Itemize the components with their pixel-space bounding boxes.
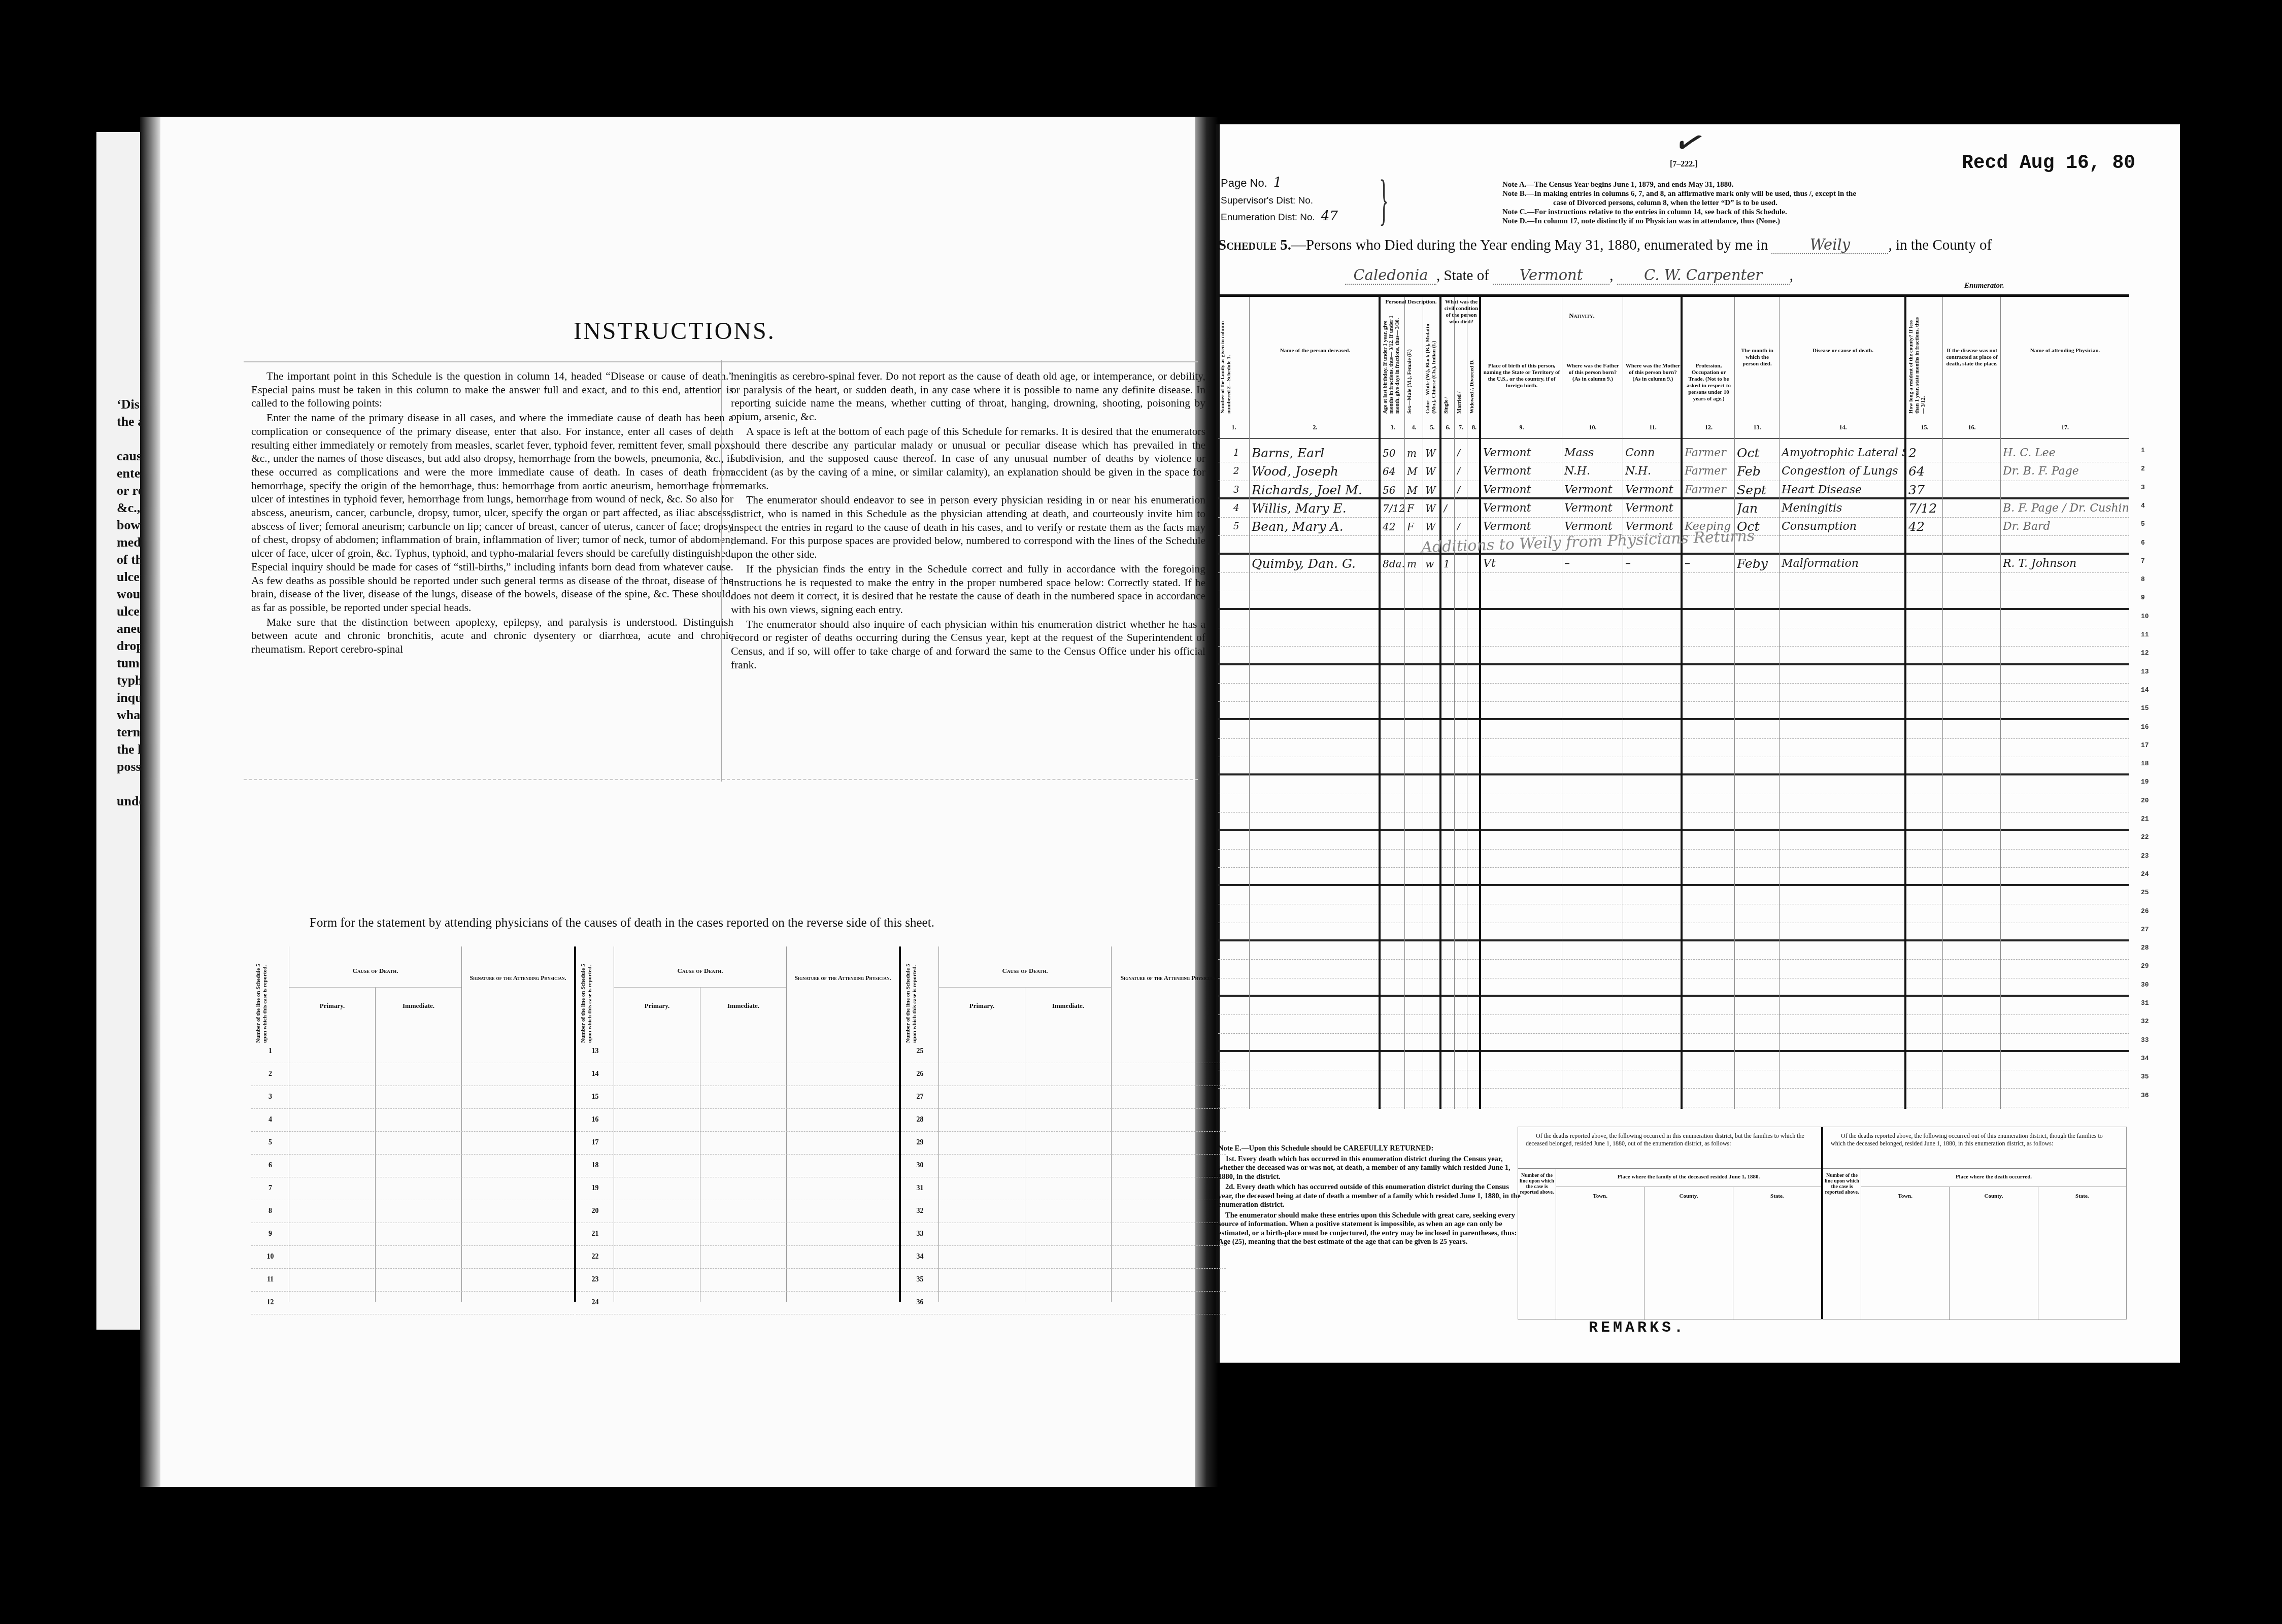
line-number: 10 — [2141, 613, 2149, 620]
line-number: 4 — [251, 1116, 289, 1124]
physician-form-row[interactable]: 6 — [251, 1155, 574, 1177]
line-number: 8 — [2141, 576, 2145, 583]
note-e-p2: 2d. Every death which has occurred outsi… — [1218, 1183, 1523, 1210]
line-number-header: Number of the line upon which the case i… — [1518, 1169, 1556, 1320]
cause-of-death-header: Cause of Death. — [939, 967, 1111, 975]
instructions-paragraph: Make sure that the distinction between a… — [251, 616, 733, 656]
physician-form-row[interactable]: 32 — [901, 1200, 1226, 1223]
line-number: 15 — [576, 1093, 614, 1101]
physician-form-block: Number of the line on Schedule 5 upon wh… — [251, 946, 576, 1302]
line-number: 25 — [901, 1047, 939, 1056]
physician-form-block: Number of the line on Schedule 5 upon wh… — [901, 946, 1226, 1302]
column-rule — [1250, 297, 1381, 1109]
note-d: Note D.—In column 17, note distinctly if… — [1502, 217, 2000, 226]
physician-form-row[interactable]: 22 — [576, 1246, 899, 1269]
column-rule — [1218, 297, 1250, 1109]
column-rule — [1481, 297, 1562, 1109]
physician-form-row[interactable]: 31 — [901, 1177, 1226, 1200]
column-rule — [1381, 297, 1405, 1109]
column-rule — [1623, 297, 1683, 1109]
divider — [244, 779, 1198, 780]
instructions-title: INSTRUCTIONS. — [574, 317, 776, 345]
column-rule — [1423, 297, 1441, 1109]
physician-form-row[interactable]: 19 — [576, 1177, 899, 1200]
column-rule — [1735, 297, 1780, 1109]
line-number: 11 — [2141, 631, 2149, 638]
line-number: 12 — [251, 1299, 289, 1307]
line-number: 16 — [2141, 723, 2149, 731]
line-number: 9 — [251, 1230, 289, 1238]
note-a: Note A.—The Census Year begins June 1, 1… — [1502, 180, 2000, 189]
line-number: 5 — [251, 1139, 289, 1147]
column-rule — [1906, 297, 1943, 1109]
town-header: Town. — [1556, 1187, 1645, 1320]
physician-form-row[interactable]: 30 — [901, 1155, 1226, 1177]
schedule-text: , in the County of — [1888, 237, 1992, 253]
line-number: 30 — [901, 1162, 939, 1170]
remarks-title: REMARKS. — [1589, 1319, 1686, 1337]
instructions-column-1: The important point in this Schedule is … — [251, 369, 733, 657]
line-number: 6 — [2141, 539, 2145, 547]
line-number: 7 — [251, 1185, 289, 1193]
physician-form-block: Number of the line on Schedule 5 upon wh… — [576, 946, 901, 1302]
physician-form-row[interactable]: 34 — [901, 1246, 1226, 1269]
county-field[interactable]: Caledonia — [1345, 266, 1436, 285]
line-number: 4 — [2141, 502, 2145, 510]
physician-form-row[interactable]: 24 — [576, 1292, 899, 1314]
instructions-paragraph: The enumerator should also inquire of ea… — [731, 618, 1205, 672]
physician-form-row[interactable]: 29 — [901, 1132, 1226, 1155]
physician-form-row[interactable]: 12 — [251, 1292, 574, 1314]
line-number: 26 — [2141, 907, 2149, 915]
physician-form-row[interactable]: 17 — [576, 1132, 899, 1155]
supervisor-label: Supervisor's Dist: No. — [1221, 195, 1313, 206]
enumerator-field[interactable]: C. W. Carpenter — [1617, 266, 1790, 285]
line-number: 21 — [2141, 815, 2149, 823]
county-header: County. — [1950, 1187, 2038, 1320]
line-number: 3 — [251, 1093, 289, 1101]
line-number: 28 — [2141, 944, 2149, 952]
column-divider — [721, 360, 722, 782]
line-number: 2 — [251, 1070, 289, 1078]
instructions-paragraph: If the physician finds the entry in the … — [731, 562, 1205, 617]
column-rule — [1562, 297, 1623, 1109]
line-number: 13 — [2141, 668, 2149, 675]
line-number: 27 — [2141, 926, 2149, 933]
schedule-text: —Persons who Died during the Year ending… — [1291, 237, 1768, 253]
column-rule — [1455, 297, 1467, 1109]
line-number: 25 — [2141, 889, 2149, 896]
line-number: 20 — [2141, 797, 2149, 804]
line-number: 24 — [2141, 870, 2149, 878]
deaths-schedule-table: Number of the family as given in column … — [1218, 294, 2129, 1106]
line-number: 15 — [2141, 704, 2149, 712]
physician-form-row[interactable]: 4 — [251, 1109, 574, 1132]
line-number: 35 — [2141, 1073, 2149, 1080]
line-number: 32 — [2141, 1018, 2149, 1025]
line-number: 13 — [576, 1047, 614, 1056]
line-number: 33 — [2141, 1036, 2149, 1044]
physician-form-row[interactable]: 33 — [901, 1223, 1226, 1246]
column-rule — [1943, 297, 2001, 1109]
instructions-paragraph: A space is left at the bottom of each pa… — [731, 425, 1205, 493]
line-number: 17 — [576, 1139, 614, 1147]
cause-of-death-header: Cause of Death. — [289, 967, 461, 975]
returns-in-district: Of the deaths reported above, the follow… — [1518, 1127, 1823, 1319]
line-number: 17 — [2141, 741, 2149, 749]
schedule-title-line2: Caledonia, State of Vermont, C. W. Carpe… — [1345, 266, 1793, 285]
physician-form-row[interactable]: 35 — [901, 1269, 1226, 1292]
line-number: 28 — [901, 1116, 939, 1124]
note-c: Note C.—For instructions relative to the… — [1502, 208, 2000, 217]
line-number: 14 — [576, 1070, 614, 1078]
physician-form-row[interactable]: 14 — [576, 1063, 899, 1086]
instructions-paragraph: Enter the name of the primary disease in… — [251, 411, 733, 615]
physician-form-row[interactable]: 3 — [251, 1086, 574, 1109]
line-number: 12 — [2141, 649, 2149, 657]
physician-form-row[interactable]: 21 — [576, 1223, 899, 1246]
line-number: 31 — [2141, 999, 2149, 1007]
line-number-header: Number of the line upon which the case i… — [1823, 1169, 1861, 1320]
signature-header: Signature of the Attending Physician. — [462, 974, 574, 982]
physician-form-row[interactable]: 16 — [576, 1109, 899, 1132]
instructions-paragraph: The enumerator should endeavor to see in… — [731, 493, 1205, 561]
form-number: [7–222.] — [1670, 160, 1698, 169]
line-number: 30 — [2141, 981, 2149, 989]
physician-form-row[interactable]: 27 — [901, 1086, 1226, 1109]
scan-border — [2180, 124, 2282, 1363]
physician-form-row[interactable]: 2 — [251, 1063, 574, 1086]
line-number-header: Number of the line on Schedule 5 upon wh… — [580, 952, 593, 1043]
line-number: 32 — [901, 1207, 939, 1215]
line-number: 22 — [2141, 833, 2149, 841]
physician-form-row[interactable]: 11 — [251, 1269, 574, 1292]
cause-of-death-header: Cause of Death. — [614, 967, 786, 975]
line-number: 2 — [2141, 465, 2145, 472]
line-number: 24 — [576, 1299, 614, 1307]
town-field[interactable]: Weily — [1771, 236, 1888, 254]
physician-form-row[interactable]: 23 — [576, 1269, 899, 1292]
physician-form-row[interactable]: 20 — [576, 1200, 899, 1223]
note-b: Note B.—In making entries in columns 6, … — [1502, 189, 2000, 198]
returns-out-of-district: Of the deaths reported above, the follow… — [1823, 1127, 2126, 1319]
line-number-header: Number of the line on Schedule 5 upon wh… — [255, 952, 269, 1043]
physician-form-row[interactable]: 26 — [901, 1063, 1226, 1086]
line-number: 27 — [901, 1093, 939, 1101]
physician-form-table: Number of the line on Schedule 5 upon wh… — [251, 946, 1231, 1302]
line-number: 36 — [2141, 1092, 2149, 1099]
instructions-column-2: meningitis as cerebro-spinal fever. Do n… — [731, 369, 1205, 672]
line-number: 29 — [901, 1139, 939, 1147]
note-e: Note E.—Upon this Schedule should be CAR… — [1218, 1144, 1523, 1248]
line-number-header: Number of the line on Schedule 5 upon wh… — [905, 952, 918, 1043]
physician-form-row[interactable]: 18 — [576, 1155, 899, 1177]
line-number: 16 — [576, 1116, 614, 1124]
line-number: 6 — [251, 1162, 289, 1170]
line-number: 9 — [2141, 594, 2145, 601]
physician-form-row[interactable]: 9 — [251, 1223, 574, 1246]
line-number: 34 — [2141, 1055, 2149, 1062]
place-header: Place where the family of the deceased r… — [1556, 1169, 1821, 1187]
physician-form-row[interactable]: 25 — [901, 1040, 1226, 1063]
enumeration-value: 47 — [1321, 209, 1338, 224]
returns-intro: Of the deaths reported above, the follow… — [1831, 1132, 2119, 1147]
brace-decoration: } — [1379, 167, 1388, 232]
column-rule — [2001, 297, 2129, 1109]
physician-form-row[interactable]: 8 — [251, 1200, 574, 1223]
line-number: 14 — [2141, 686, 2149, 694]
place-header: Place where the death occurred. — [1861, 1169, 2126, 1187]
line-number: 33 — [901, 1230, 939, 1238]
column-rule — [1467, 297, 1481, 1109]
line-number: 10 — [251, 1253, 289, 1261]
received-stamp: Recd Aug 16, 80 — [1962, 152, 2135, 174]
enumeration-label: Enumeration Dist: No. — [1221, 212, 1315, 223]
physician-form-row[interactable]: 1 — [251, 1040, 574, 1063]
line-number: 1 — [2141, 447, 2145, 454]
line-number: 3 — [2141, 484, 2145, 491]
column-rule — [1683, 297, 1735, 1109]
line-number: 23 — [576, 1276, 614, 1284]
schedule-prefix: Schedule 5. — [1218, 237, 1291, 253]
line-number: 8 — [251, 1207, 289, 1215]
line-number: 23 — [2141, 852, 2149, 860]
line-number: 5 — [2141, 520, 2145, 528]
physician-form-row[interactable]: 28 — [901, 1109, 1226, 1132]
line-number: 18 — [2141, 760, 2149, 767]
physician-form-row[interactable]: 5 — [251, 1132, 574, 1155]
page-no-label: Page No. — [1221, 177, 1267, 189]
line-number: 1 — [251, 1047, 289, 1056]
returns-intro: Of the deaths reported above, the follow… — [1526, 1132, 1814, 1147]
instructions-paragraph: meningitis as cerebro-spinal fever. Do n… — [731, 369, 1205, 424]
note-e-title: Note E.—Upon this Schedule should be CAR… — [1218, 1144, 1523, 1154]
enumerator-label: Enumerator. — [1964, 282, 2004, 290]
physician-form-row[interactable]: 15 — [576, 1086, 899, 1109]
physician-form-row[interactable]: 13 — [576, 1040, 899, 1063]
line-number: 35 — [901, 1276, 939, 1284]
county-header: County. — [1645, 1187, 1733, 1320]
line-number: 29 — [2141, 962, 2149, 970]
physician-form-row[interactable]: 7 — [251, 1177, 574, 1200]
signature-header: Signature of the Attending Physician. — [787, 974, 899, 982]
line-number: 19 — [576, 1185, 614, 1193]
line-number: 31 — [901, 1185, 939, 1193]
line-number: 21 — [576, 1230, 614, 1238]
line-number: 19 — [2141, 778, 2149, 786]
line-number: 11 — [251, 1276, 289, 1284]
line-number: 20 — [576, 1207, 614, 1215]
returns-tables: Of the deaths reported above, the follow… — [1518, 1127, 2127, 1319]
line-number: 26 — [901, 1070, 939, 1078]
page-no-value: 1 — [1273, 175, 1282, 190]
line-number: 22 — [576, 1253, 614, 1261]
state-field[interactable]: Vermont — [1493, 266, 1609, 285]
column-rule — [1780, 297, 1906, 1109]
line-number: 34 — [901, 1253, 939, 1261]
state-header: State. — [2038, 1187, 2126, 1320]
schedule-title: Schedule 5.—Persons who Died during the … — [1218, 236, 1992, 254]
schedule-text: , State of — [1436, 267, 1489, 284]
page-meta: Page No.1 Supervisor's Dist: No. Enumera… — [1221, 175, 1338, 225]
instructions-paragraph: The important point in this Schedule is … — [251, 369, 733, 410]
note-e-p3: The enumerator should make these entries… — [1218, 1211, 1523, 1247]
note-b-cont: case of Divorced persons, column 8, when… — [1502, 198, 2000, 208]
signature-header: Signature of the Attending Physician. — [1112, 974, 1226, 982]
state-header: State. — [1733, 1187, 1821, 1320]
note-e-p1: 1st. Every death which has occurred in t… — [1218, 1155, 1523, 1182]
line-number: 7 — [2141, 557, 2145, 565]
physician-form-row[interactable]: 36 — [901, 1292, 1226, 1314]
town-header: Town. — [1861, 1187, 1950, 1320]
line-number: 18 — [576, 1162, 614, 1170]
column-rule — [1405, 297, 1423, 1109]
physician-form-caption: Form for the statement by attending phys… — [310, 916, 934, 930]
line-number: 36 — [901, 1299, 939, 1307]
physician-form-row[interactable]: 10 — [251, 1246, 574, 1269]
notes-block: Note A.—The Census Year begins June 1, 1… — [1502, 180, 2000, 226]
column-rule — [1441, 297, 1455, 1109]
